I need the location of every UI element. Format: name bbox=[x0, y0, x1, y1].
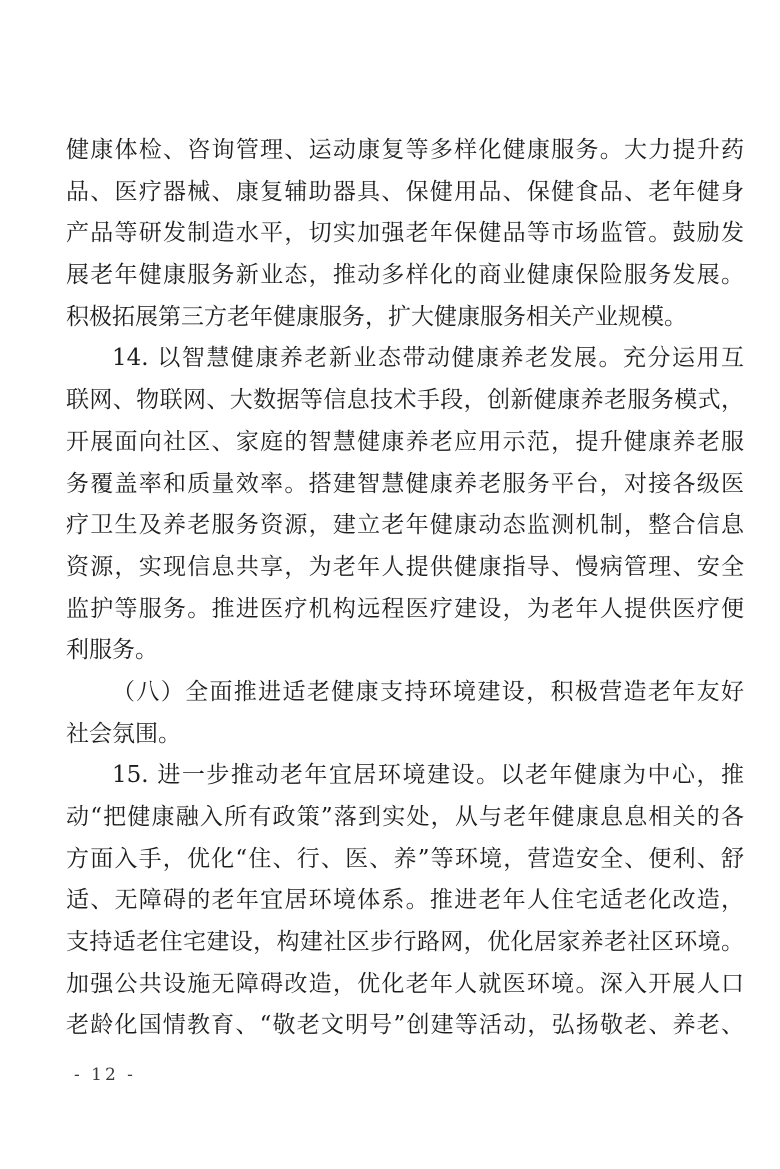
document-page: 健康体检、咨询管理、运动康复等多样化健康服务。大力提升药品、医疗器械、康复辅助器… bbox=[0, 0, 780, 1169]
text-line: 资源，实现信息共享，为老年人提供健康指导、慢病管理、安全 bbox=[66, 547, 744, 589]
text-line: 疗卫生及养老服务资源，建立老年健康动态监测机制，整合信息 bbox=[66, 505, 744, 547]
text-line: （八）全面推进适老健康支持环境建设，积极营造老年友好 bbox=[66, 672, 744, 714]
text-line: 加强公共设施无障碍改造，优化老年人就医环境。深入开展人口 bbox=[66, 964, 744, 1006]
text-line: 利服务。 bbox=[66, 630, 744, 672]
text-line: 务覆盖率和质量效率。搭建智慧健康养老服务平台，对接各级医 bbox=[66, 464, 744, 506]
text-line: 老龄化国情教育、“敬老文明号”创建等活动，弘扬敬老、养老、 bbox=[66, 1005, 744, 1047]
text-line: 健康体检、咨询管理、运动康复等多样化健康服务。大力提升药 bbox=[66, 130, 744, 172]
text-line: 监护等服务。推进医疗机构远程医疗建设，为老年人提供医疗便 bbox=[66, 589, 744, 631]
text-line: 支持适老住宅建设，构建社区步行路网，优化居家养老社区环境。 bbox=[66, 922, 744, 964]
page-number: - 12 - bbox=[74, 1064, 136, 1086]
text-line: 开展面向社区、家庭的智慧健康养老应用示范，提升健康养老服 bbox=[66, 422, 744, 464]
text-line: 动“把健康融入所有政策”落到实处，从与老年健康息息相关的各 bbox=[66, 797, 744, 839]
text-line: 14. 以智慧健康养老新业态带动健康养老发展。充分运用互 bbox=[66, 338, 744, 380]
text-line: 展老年健康服务新业态，推动多样化的商业健康保险服务发展。 bbox=[66, 255, 744, 297]
text-line: 15. 进一步推动老年宜居环境建设。以老年健康为中心，推 bbox=[66, 755, 744, 797]
text-line: 积极拓展第三方老年健康服务，扩大健康服务相关产业规模。 bbox=[66, 297, 744, 339]
text-line: 产品等研发制造水平，切实加强老年保健品等市场监管。鼓励发 bbox=[66, 213, 744, 255]
text-line: 社会氛围。 bbox=[66, 714, 744, 756]
document-body: 健康体检、咨询管理、运动康复等多样化健康服务。大力提升药品、医疗器械、康复辅助器… bbox=[66, 130, 744, 1047]
text-line: 方面入手，优化“住、行、医、养”等环境，营造安全、便利、舒 bbox=[66, 839, 744, 881]
text-line: 联网、物联网、大数据等信息技术手段，创新健康养老服务模式， bbox=[66, 380, 744, 422]
text-line: 品、医疗器械、康复辅助器具、保健用品、保健食品、老年健身 bbox=[66, 172, 744, 214]
text-line: 适、无障碍的老年宜居环境体系。推进老年人住宅适老化改造， bbox=[66, 880, 744, 922]
